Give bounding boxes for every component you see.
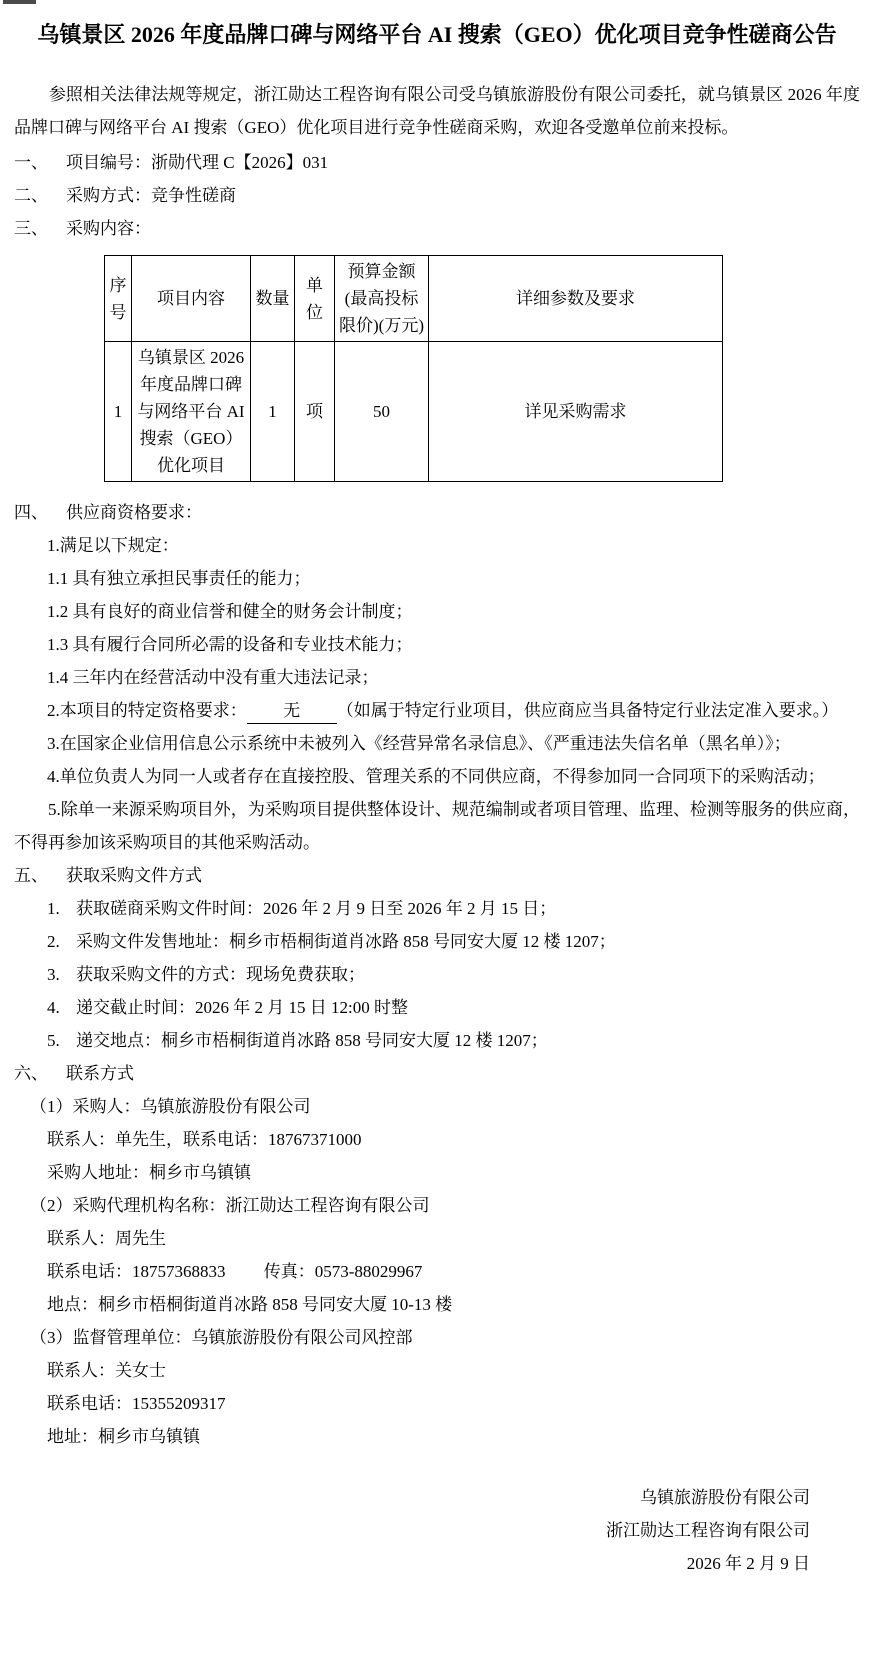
- qualification-item-1-4: 1.4 三年内在经营活动中没有重大违法记录；: [47, 661, 860, 694]
- table-cell-budget: 50: [335, 342, 429, 482]
- table-header-row: 序号 项目内容 数量 单位 预算金额(最高投标限价)(万元) 详细参数及要求: [105, 256, 723, 342]
- table-header-unit: 单位: [295, 256, 335, 342]
- buyer-address: 采购人地址：桐乡市乌镇镇: [47, 1156, 860, 1189]
- obtain-item-text: 递交截止时间：2026 年 2 月 15 日 12:00 时整: [76, 998, 408, 1017]
- section-number: 五、: [14, 859, 66, 892]
- section-heading-project-number: 一、项目编号：浙勋代理 C【2026】031: [14, 146, 860, 179]
- table-header-budget: 预算金额(最高投标限价)(万元): [335, 256, 429, 342]
- section-number: 二、: [14, 179, 66, 212]
- qualification-item-1-2: 1.2 具有良好的商业信誉和健全的财务会计制度；: [47, 595, 860, 628]
- section-heading-supplier-qualifications: 四、供应商资格要求：: [14, 496, 860, 529]
- section-number: 六、: [14, 1057, 66, 1090]
- obtain-item-text: 获取采购文件的方式：现场免费获取；: [76, 965, 365, 984]
- qualification-item-4: 4.单位负责人为同一人或者存在直接控股、管理关系的不同供应商，不得参加同一合同项…: [47, 760, 860, 793]
- agent-phone-fax: 联系电话：18757368833 传真：0573-88029967: [47, 1255, 860, 1288]
- blank-underline-value: 无: [247, 699, 337, 724]
- table-header-qty: 数量: [251, 256, 295, 342]
- signature-block: 乌镇旅游股份有限公司 浙江勋达工程咨询有限公司 2026 年 2 月 9 日: [14, 1481, 860, 1580]
- obtain-item-text: 采购文件发售地址：桐乡市梧桐街道肖冰路 858 号同安大厦 12 楼 1207；: [76, 932, 616, 951]
- section-number: 三、: [14, 212, 66, 245]
- section-heading-procurement-method: 二、采购方式：竞争性磋商: [14, 179, 860, 212]
- section-heading-contact-info: 六、联系方式: [14, 1057, 860, 1090]
- table-cell-qty: 1: [251, 342, 295, 482]
- top-edge-artifact: [3, 0, 36, 4]
- qualification-item-2-pre: 2.本项目的特定资格要求：: [47, 701, 247, 720]
- section-heading-procurement-content: 三、采购内容：: [14, 212, 860, 245]
- table-cell-content: 乌镇景区 2026 年度品牌口碑与网络平台 AI 搜索（GEO）优化项目: [132, 342, 251, 482]
- table-header-detail: 详细参数及要求: [429, 256, 723, 342]
- table-cell-no: 1: [105, 342, 132, 482]
- agent-contact: 联系人：周先生: [47, 1222, 860, 1255]
- supervisor-contact: 联系人：关女士: [47, 1354, 860, 1387]
- section-number: 一、: [14, 146, 66, 179]
- footer-company-1: 乌镇旅游股份有限公司: [14, 1481, 810, 1514]
- document-title: 乌镇景区 2026 年度品牌口碑与网络平台 AI 搜索（GEO）优化项目竞争性磋…: [14, 18, 860, 52]
- qualification-item-3: 3.在国家企业信用信息公示系统中未被列入《经营异常名录信息》、《严重违法失信名单…: [47, 727, 860, 760]
- qualification-item-2: 2.本项目的特定资格要求：无（如属于特定行业项目，供应商应当具备特定行业法定准入…: [47, 694, 860, 727]
- section-text: 采购方式：竞争性磋商: [66, 186, 236, 205]
- section-text: 联系方式: [66, 1064, 134, 1083]
- obtain-item-text: 递交地点：桐乡市梧桐街道肖冰路 858 号同安大厦 12 楼 1207；: [76, 1031, 548, 1050]
- intro-paragraph: 参照相关法律法规等规定，浙江勋达工程咨询有限公司受乌镇旅游股份有限公司委托，就乌…: [14, 78, 860, 144]
- obtain-item-number: 4.: [47, 991, 76, 1024]
- obtain-item-2: 2.采购文件发售地址：桐乡市梧桐街道肖冰路 858 号同安大厦 12 楼 120…: [47, 925, 860, 958]
- obtain-item-1: 1.获取磋商采购文件时间：2026 年 2 月 9 日至 2026 年 2 月 …: [47, 892, 860, 925]
- qualification-item-1-3: 1.3 具有履行合同所必需的设备和专业技术能力；: [47, 628, 860, 661]
- table-header-no: 序号: [105, 256, 132, 342]
- section-text: 供应商资格要求：: [66, 503, 202, 522]
- obtain-item-number: 1.: [47, 892, 76, 925]
- supervisor-title: （3）监督管理单位：乌镇旅游股份有限公司风控部: [30, 1321, 860, 1354]
- obtain-item-number: 3.: [47, 958, 76, 991]
- obtain-item-5: 5.递交地点：桐乡市梧桐街道肖冰路 858 号同安大厦 12 楼 1207；: [47, 1024, 860, 1057]
- section-text: 获取采购文件方式: [66, 866, 202, 885]
- agent-address: 地点：桐乡市梧桐街道肖冰路 858 号同安大厦 10-13 楼: [47, 1288, 860, 1321]
- qualification-item-2-post: （如属于特定行业项目，供应商应当具备特定行业法定准入要求。）: [337, 701, 839, 720]
- agent-title: （2）采购代理机构名称：浙江勋达工程咨询有限公司: [30, 1189, 860, 1222]
- obtain-item-number: 2.: [47, 925, 76, 958]
- qualification-item-5: 5.除单一来源采购项目外，为采购项目提供整体设计、规范编制或者项目管理、监理、检…: [14, 793, 860, 859]
- table-header-content: 项目内容: [132, 256, 251, 342]
- section-number: 四、: [14, 496, 66, 529]
- obtain-item-3: 3.获取采购文件的方式：现场免费获取；: [47, 958, 860, 991]
- footer-date: 2026 年 2 月 9 日: [14, 1547, 810, 1580]
- supervisor-phone: 联系电话：15355209317: [47, 1387, 860, 1420]
- table-cell-detail: 详见采购需求: [429, 342, 723, 482]
- qualification-item-1-1: 1.1 具有独立承担民事责任的能力；: [47, 562, 860, 595]
- table-row: 1 乌镇景区 2026 年度品牌口碑与网络平台 AI 搜索（GEO）优化项目 1…: [105, 342, 723, 482]
- obtain-item-text: 获取磋商采购文件时间：2026 年 2 月 9 日至 2026 年 2 月 15…: [76, 899, 556, 918]
- buyer-contact: 联系人：单先生，联系电话：18767371000: [47, 1123, 860, 1156]
- footer-company-2: 浙江勋达工程咨询有限公司: [14, 1514, 810, 1547]
- obtain-item-4: 4.递交截止时间：2026 年 2 月 15 日 12:00 时整: [47, 991, 860, 1024]
- announcement-page: 乌镇景区 2026 年度品牌口碑与网络平台 AI 搜索（GEO）优化项目竞争性磋…: [0, 0, 874, 1666]
- section-text: 采购内容：: [66, 219, 151, 238]
- supervisor-address: 地址：桐乡市乌镇镇: [47, 1420, 860, 1453]
- section-text: 项目编号：浙勋代理 C【2026】031: [66, 153, 328, 172]
- procurement-table: 序号 项目内容 数量 单位 预算金额(最高投标限价)(万元) 详细参数及要求 1…: [104, 255, 723, 482]
- buyer-title: （1）采购人：乌镇旅游股份有限公司: [30, 1090, 860, 1123]
- obtain-item-number: 5.: [47, 1024, 76, 1057]
- qualification-item-1: 1.满足以下规定：: [47, 529, 860, 562]
- section-heading-obtain-documents: 五、获取采购文件方式: [14, 859, 860, 892]
- table-cell-unit: 项: [295, 342, 335, 482]
